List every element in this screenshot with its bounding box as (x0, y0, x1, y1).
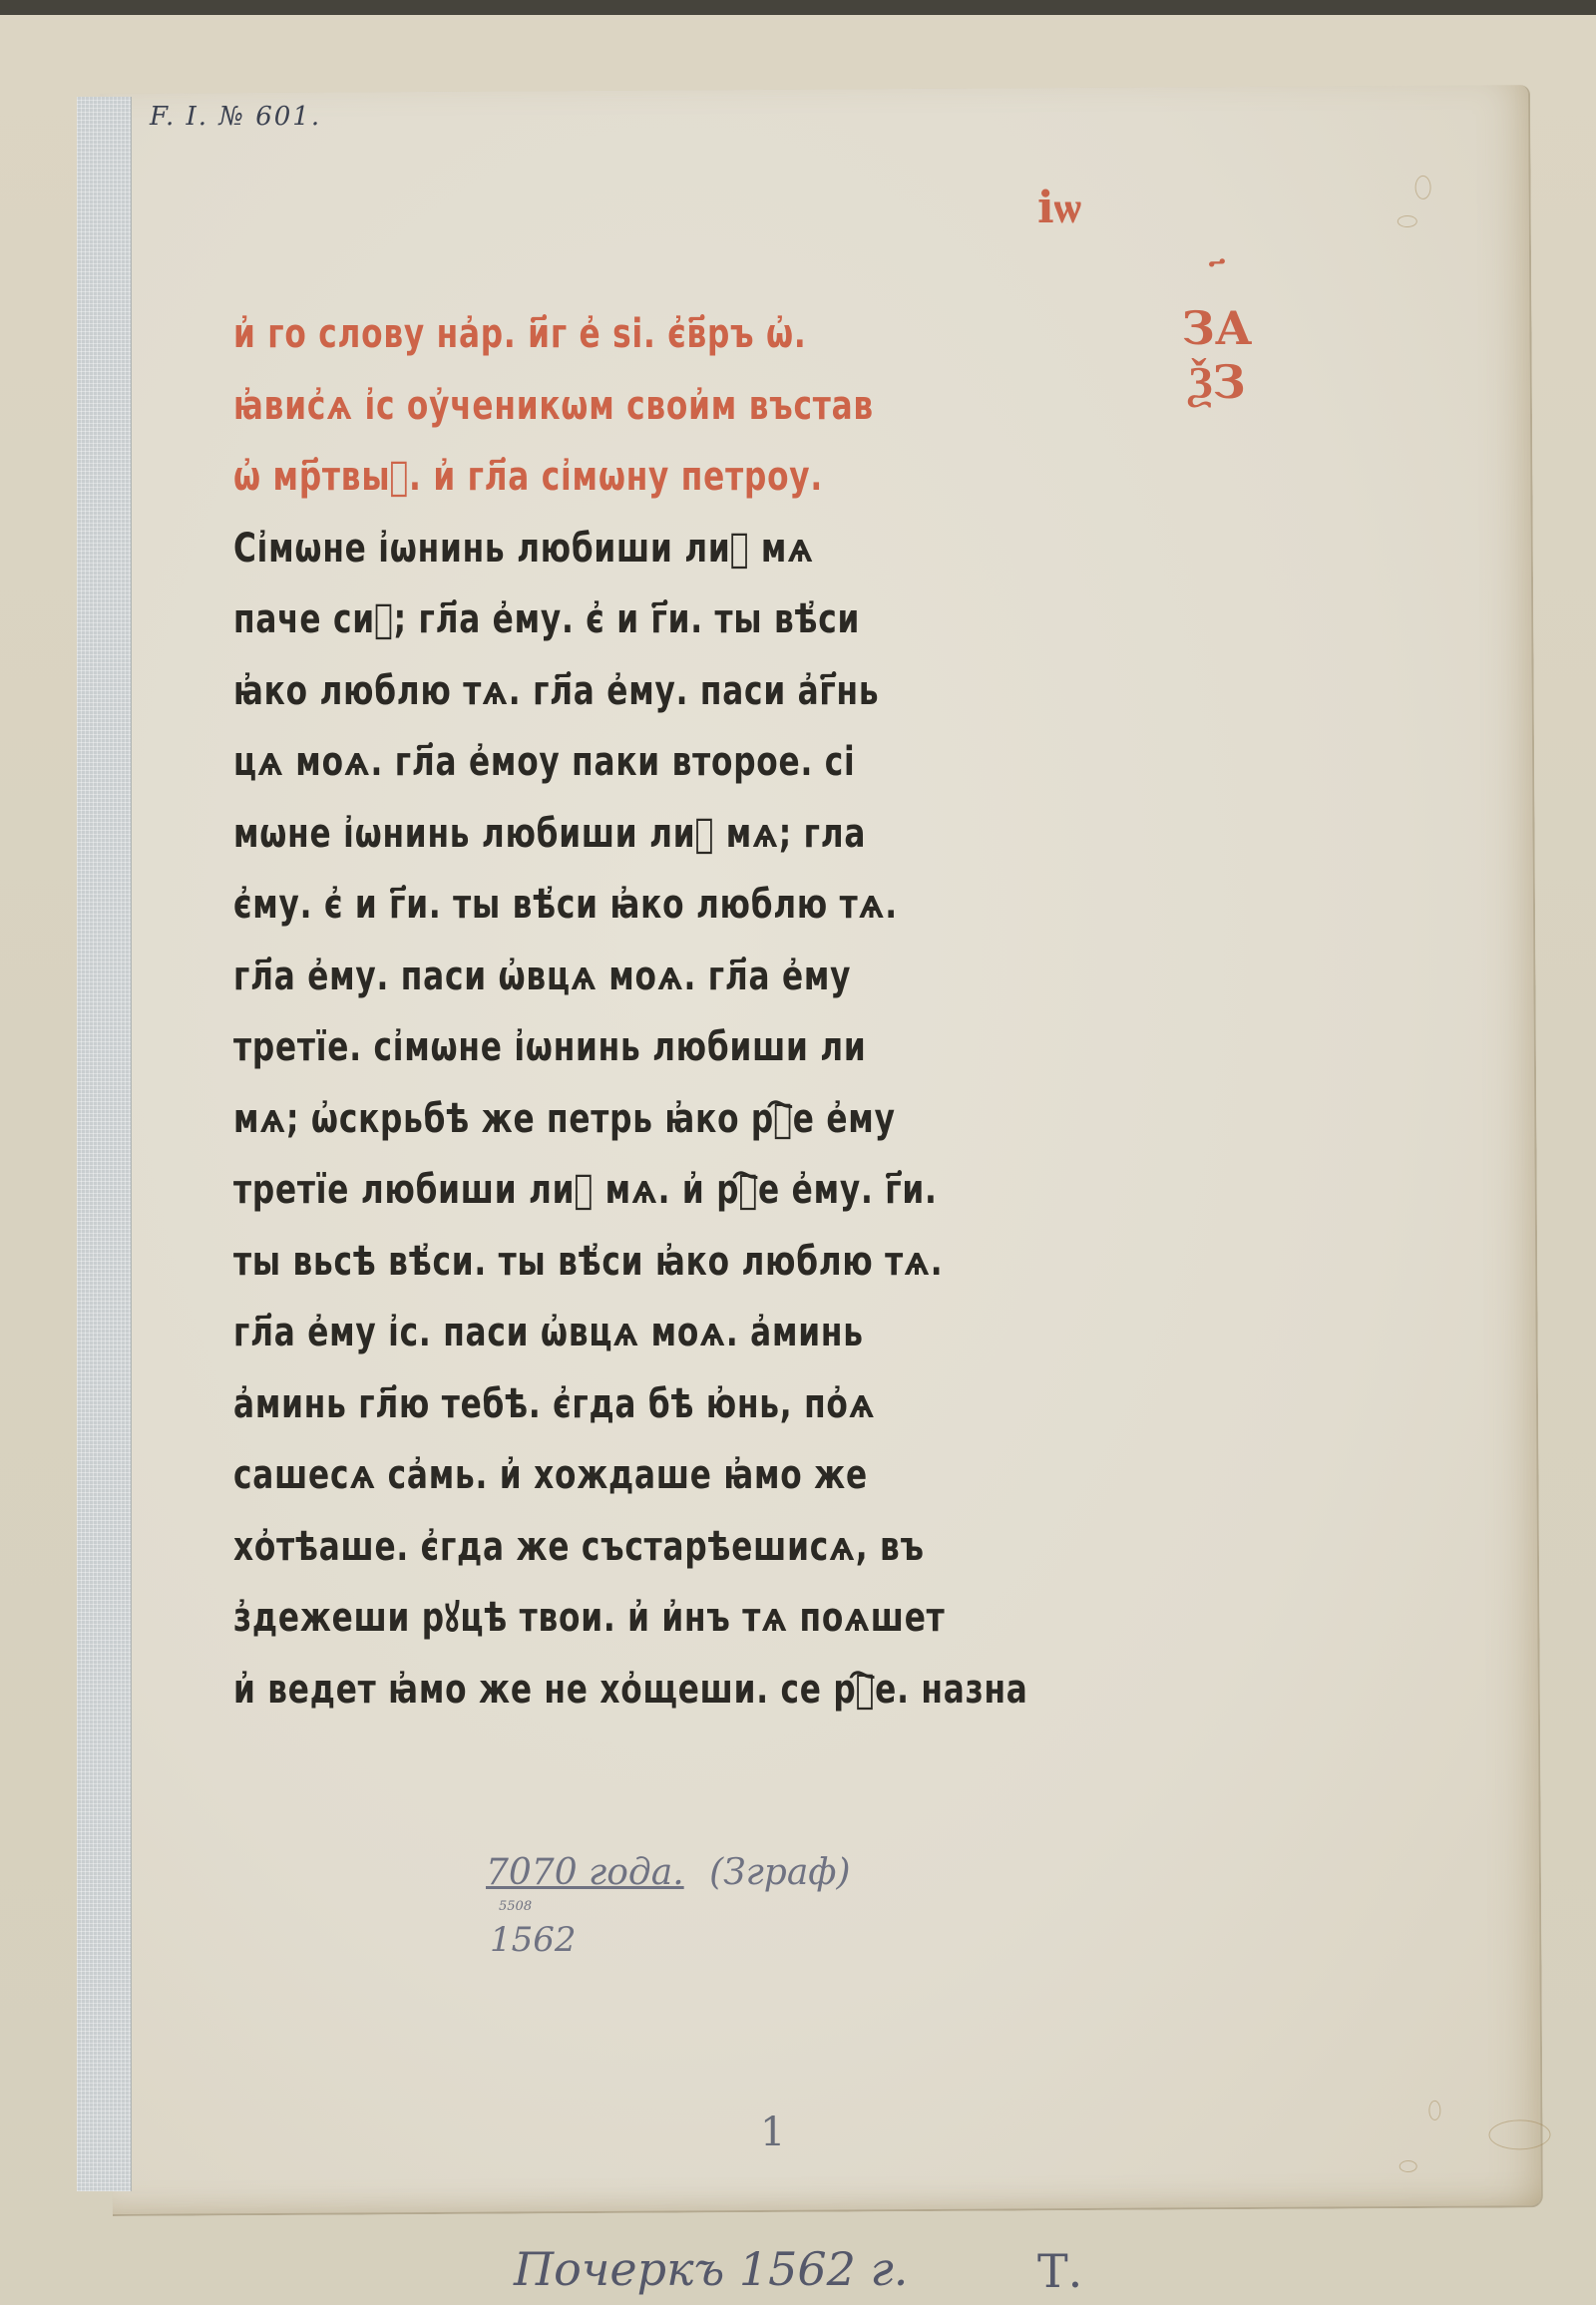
text-line: гл҃а е҆му і҆с. паси ѡ҆вцѧ моѧ. а҆минь (233, 1298, 950, 1369)
margin-note-line: ЗА (1177, 301, 1257, 355)
rubric-line: и҆ го слову на҆р. и҃г е҆ ѕі. є҆в҃ръ ѡ҆. (233, 299, 950, 371)
water-stain (1488, 2119, 1550, 2149)
handwriting-caption: Почеркъ 1562 г. (514, 2242, 908, 2296)
text-line: третїе. сі҆мѡне і҆ѡнинь любиши ли (233, 1012, 950, 1084)
text-line: з҆дежеши рꙋцѣ твои. и҆ и҆нъ тѧ поѧшет (233, 1583, 950, 1655)
water-stain (1397, 215, 1417, 227)
text-line: ꙗ҆ко люблю тѧ. гл҃а е҆му. паси а҆г҃нь (233, 656, 950, 728)
page-number: 1 (760, 2110, 785, 2155)
folio-number-marker: іѡ (1037, 183, 1081, 233)
water-stain (1415, 176, 1431, 199)
text-line: мѡне і҆ѡнинь любиши лиⷨ мѧ; гла (233, 799, 950, 871)
water-stain (1399, 2160, 1417, 2172)
binding-tape (77, 97, 132, 2191)
text-line: третїе любиши лиⷨ мѧ. и҆ рⷱ҇е е҆му. г҃и. (233, 1155, 950, 1227)
year-note: 7070 года. (486, 1852, 684, 1893)
manuscript-text-block: и҆ го слову на҆р. и҃г е҆ ѕі. є҆в҃ръ ѡ҆. … (233, 299, 1151, 1726)
scanner-top-band (0, 0, 1596, 15)
converted-year: 1562 (490, 1920, 577, 1960)
text-line: паче сиⷯ; гл҃а е҆му. є҆ и г҃и. ты вѣ҆си (233, 584, 950, 656)
year-small-note: 5508 (499, 1899, 532, 1914)
margin-note-line: ѮЗ (1177, 355, 1257, 409)
rubric-line: ѡ҆ мр҃твыⷯ. и҆ гл҃а сі҆мѡну петроу. (233, 442, 950, 514)
shelfmark-label: F. I. № 601. (150, 102, 321, 132)
year-annotation: 7070 года. (Зграф) (486, 1852, 851, 1893)
caption-letter: Т. (1037, 2244, 1082, 2298)
text-line: сашесѧ са҆мь. и҆ хождаше ꙗ҆мо же (233, 1440, 950, 1512)
water-stain (1428, 2101, 1440, 2120)
text-line: а҆минь гл҃ю тебѣ. є҆гда бѣ ю҆нь, по҆ѧ (233, 1369, 950, 1441)
text-line: Сі҆мѡне і҆ѡнинь любиши лиⷨ мѧ (233, 514, 950, 585)
text-line: гл҃а е҆му. паси ѡ҆вцѧ моѧ. гл҃а е҆му (233, 942, 950, 1013)
text-line: ты вьсѣ вѣ҆си. ты вѣ҆си ꙗ҆ко люблю тѧ. (233, 1227, 950, 1299)
rubric-line: ꙗ҆вис҆ѧ і҆с оу҆ченикѡм свои҆м въстав (233, 371, 950, 443)
text-line: мѧ; ѡ҆скрьбѣ же петрь ꙗ҆ко рⷱ҇е е҆му (233, 1084, 950, 1156)
text-line: є҆му. є҆ и г҃и. ты вѣ҆си ꙗ҆ко люблю тѧ. (233, 870, 950, 942)
margin-note-titlo: ҃ (1177, 247, 1257, 301)
text-line: хо҆тѣаше. є҆гда же състарѣешисѧ, въ (233, 1512, 950, 1584)
margin-note: ҃ ЗА ѮЗ (1177, 247, 1257, 409)
text-line: цѧ моѧ. гл҃а е҆моу паки второе. сі (233, 727, 950, 799)
text-line: и҆ ведет ꙗ҆мо же не хо҆щеши. се рⷱ҇е. на… (233, 1655, 950, 1727)
source-note: (Зграф) (709, 1852, 850, 1893)
